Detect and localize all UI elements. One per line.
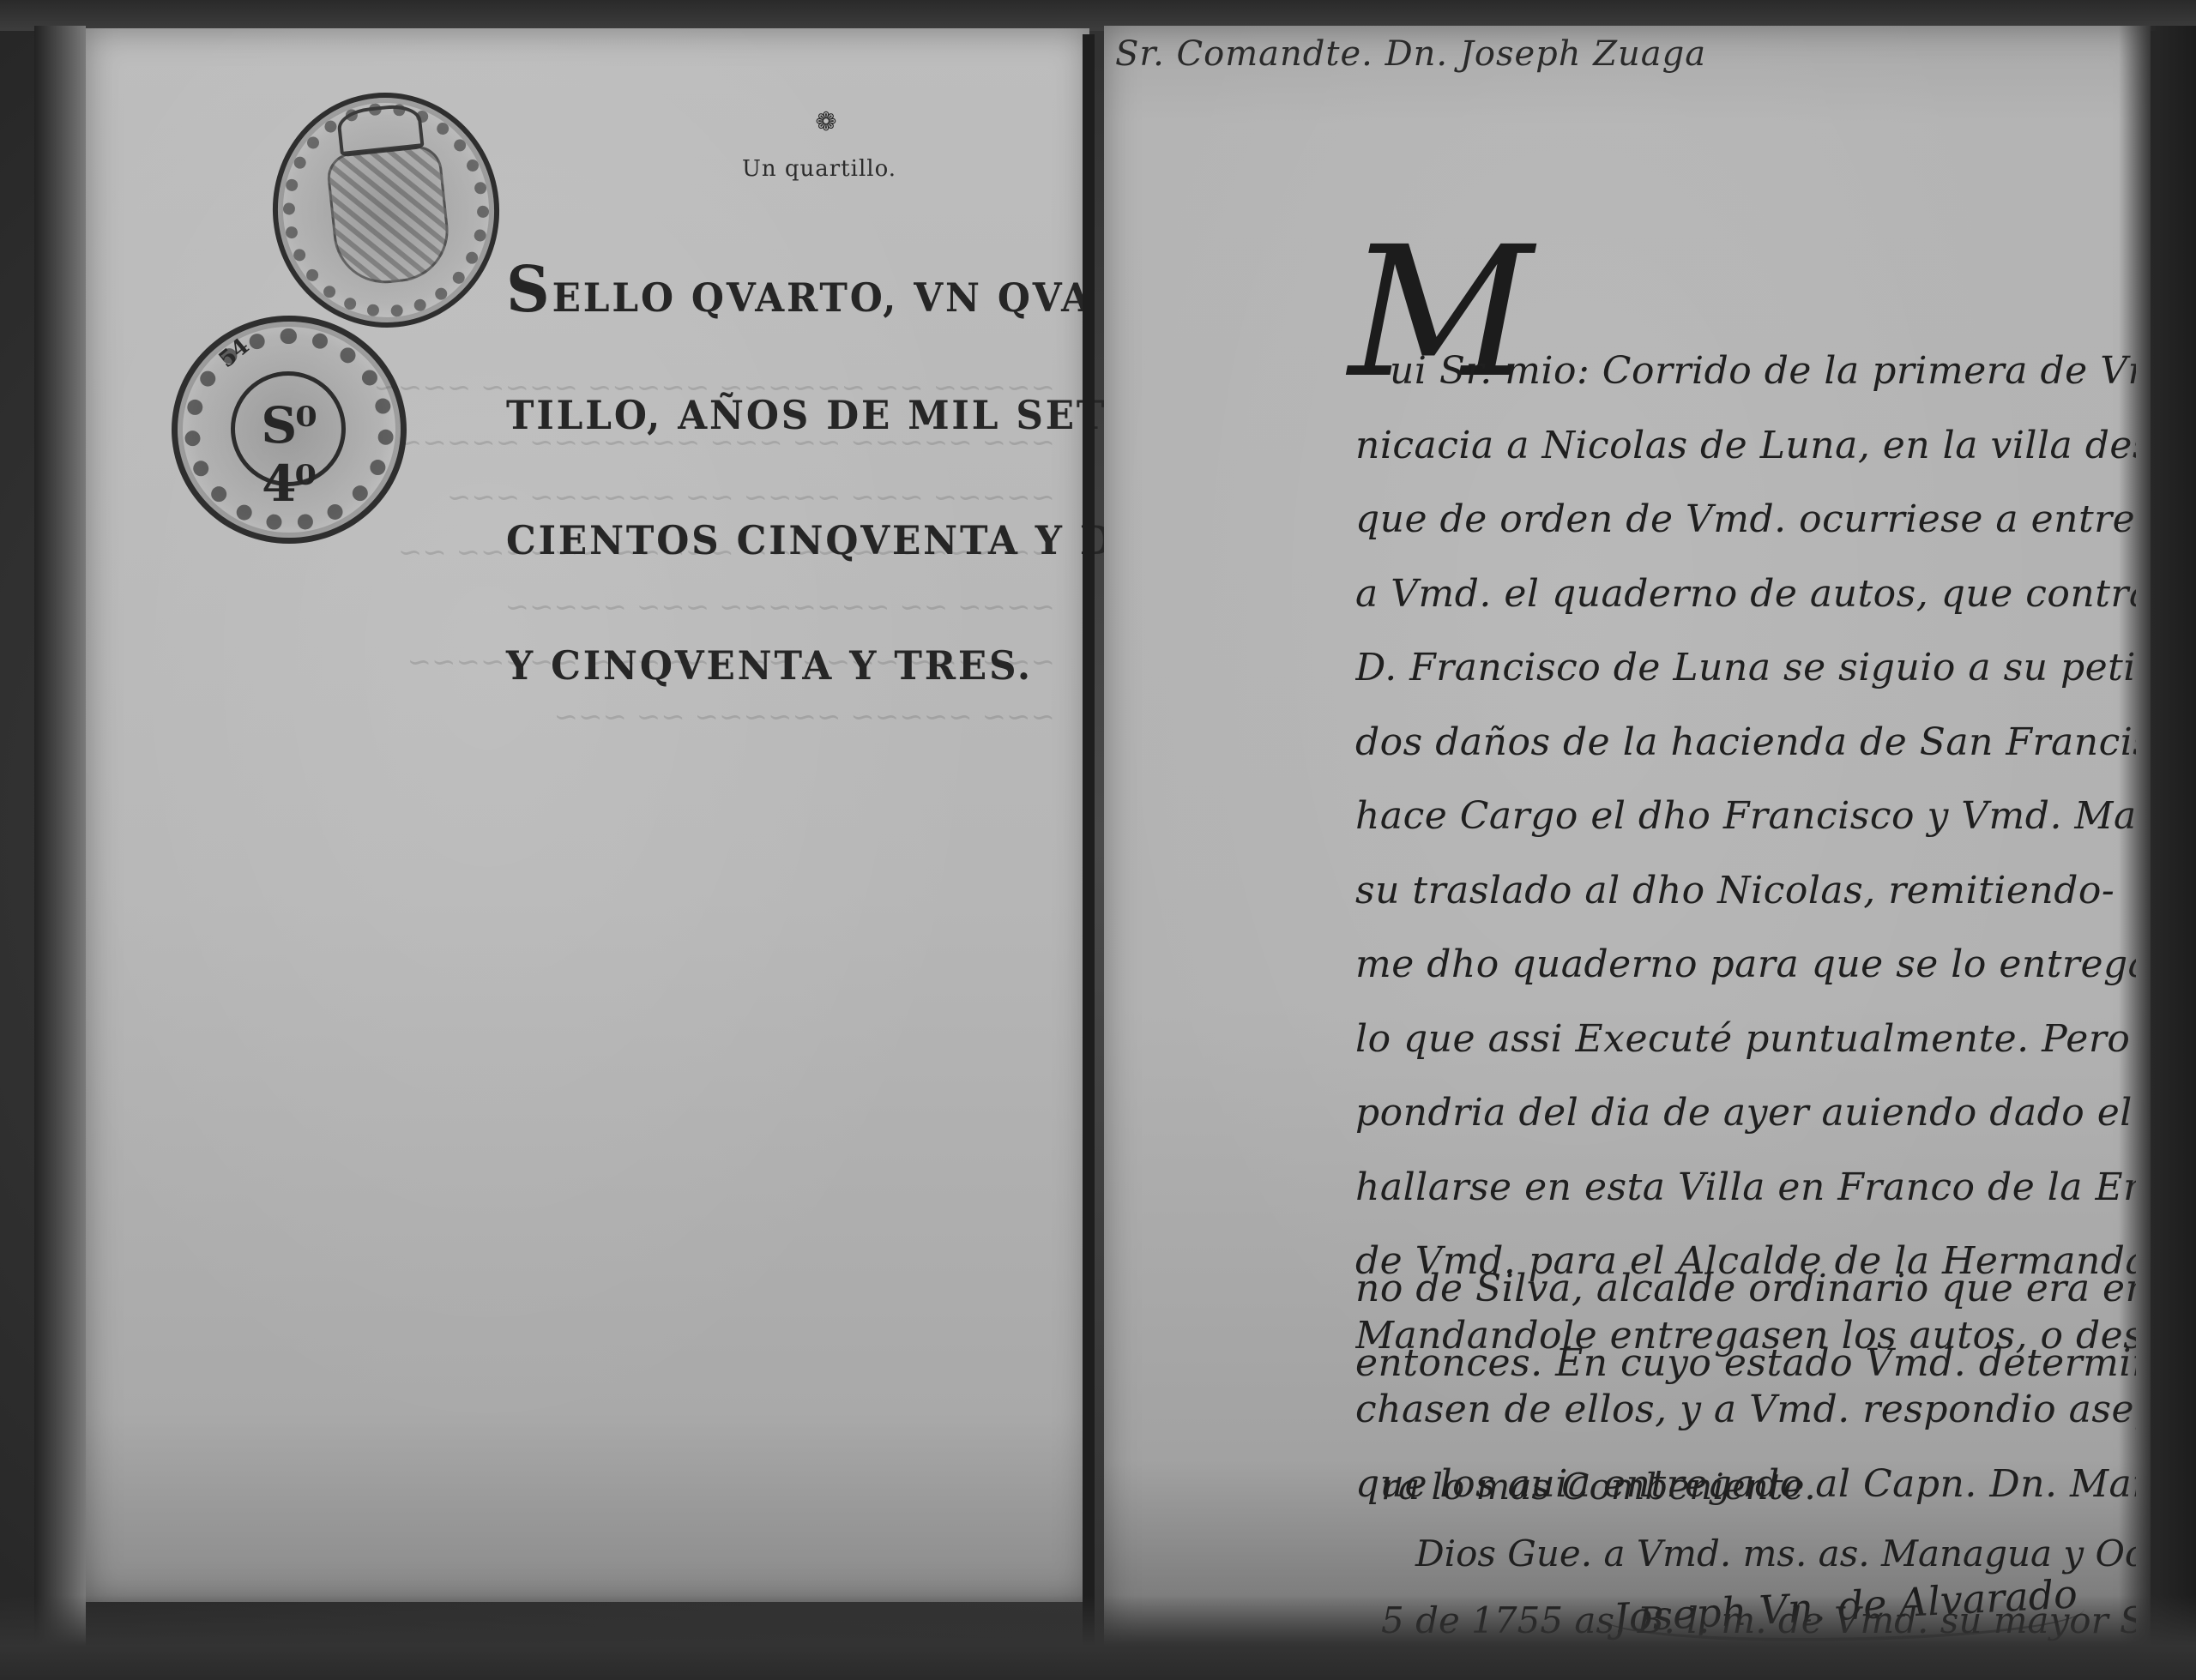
stamp-denomination: Un quartillo.	[716, 156, 922, 182]
fiscal-seal-value: S⁰ 4⁰	[235, 396, 341, 513]
stamped-paper-header: SELLO QVARTO, VN QVA TILLO, AÑOS DE MIL …	[506, 187, 1069, 729]
letter-line: dos daños de la hacienda de San Francisc…	[1355, 706, 2136, 780]
letter-line: ui Sr. mio: Corrido de la primera de Vmd…	[1355, 334, 2136, 409]
scan-left-edge	[34, 26, 86, 1655]
letter-line: entonces. En cuyo estado Vmd. determina-	[1355, 1327, 2136, 1401]
letter-line: no de Silva, alcalde ordinario que era e…	[1355, 1252, 2136, 1327]
letter-line: hallarse en esta Villa en Franco de la E…	[1355, 1151, 2136, 1225]
stamp-drop-cap: S	[506, 253, 552, 327]
letter-line: pondria del dia de ayer auiendo dado el	[1355, 1076, 2136, 1151]
stamp-line-1: SELLO QVARTO, VN QVA	[506, 269, 1069, 312]
scan-right-edge	[2119, 26, 2196, 1680]
fleuron-ornament-icon: ❁	[813, 110, 839, 135]
letter-line: que de orden de Vmd. ocurriese a entrega…	[1355, 483, 2136, 557]
letter-line: lo que assi Executé puntualmente. Pero V…	[1355, 1003, 2136, 1077]
letter-line: nicacia a Nicolas de Luna, en la villa d…	[1355, 409, 2136, 484]
stamp-line-3: CIENTOS CINQVENTA Y DO	[506, 520, 1069, 563]
fiscal-seal-inner-circle: S⁰ 4⁰	[231, 371, 346, 486]
closing-line: ra lo mas Combeniente.	[1381, 1454, 2136, 1520]
letter-line: D. Francisco de Luna se siguio a su peti…	[1355, 631, 2136, 706]
letter-line: su traslado al dho Nicolas, remitiendo-	[1355, 854, 2136, 929]
page-gutter-divider	[1083, 34, 1095, 1647]
letter-line: hace Cargo el dho Francisco y Vmd. Mando…	[1355, 780, 2136, 854]
letter-line: me dho quaderno para que se lo entregase…	[1355, 928, 2136, 1003]
stamp-line-2: TILLO, AÑOS DE MIL SET	[506, 394, 1069, 437]
stamp-line-4: Y CINQVENTA Y TRES.	[506, 645, 1069, 688]
fiscal-revalidation-seal-icon: 54 S⁰ 4⁰	[172, 316, 407, 544]
letter-body-continued: no de Silva, alcalde ordinario que era e…	[1355, 1252, 2136, 1400]
letter-line: a Vmd. el quaderno de autos, que contra …	[1355, 557, 2136, 632]
scan-bottom-edge	[0, 1595, 2196, 1680]
addressee-header: Sr. Comandte. Dn. Joseph Zuaga	[1115, 34, 1887, 74]
